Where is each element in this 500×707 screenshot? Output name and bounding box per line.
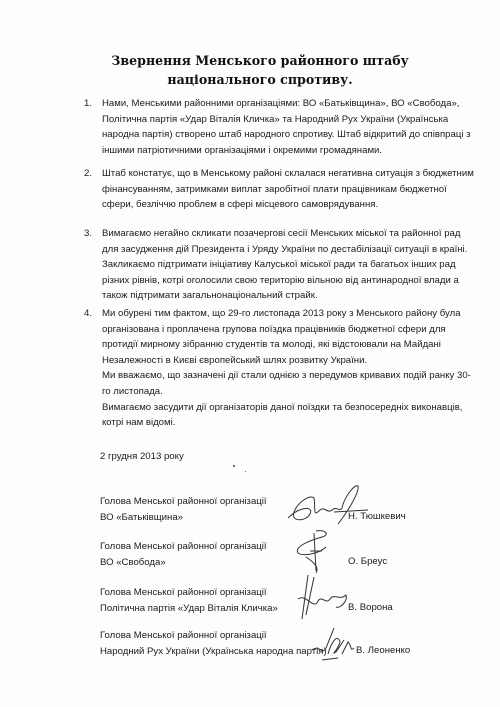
list-number: 1. [84, 96, 98, 112]
signer-name: В. Леоненко [356, 643, 410, 659]
item-paragraph: Нами, Менськими районними організаціями:… [102, 96, 474, 158]
signer-name: В. Ворона [348, 600, 393, 616]
handwritten-signature-icon [292, 571, 354, 623]
signature-block-2: Голова Менської районної організації ВО … [100, 539, 480, 573]
list-item-1: 1. Нами, Менськими районними організація… [84, 96, 474, 158]
document-title: Звернення Менського районного штабу наці… [60, 51, 460, 89]
item-paragraph: Ми вважаємо, що зазначені дії стали одні… [102, 368, 474, 399]
signer-name: О. Бреус [348, 554, 387, 570]
signature-block-1: Голова Менської районної організації ВО … [100, 494, 480, 528]
signer-name: Н. Тюшкевич [348, 509, 406, 525]
scanned-document-page: Звернення Менського районного штабу наці… [0, 0, 500, 707]
list-number: 4. [84, 306, 98, 322]
list-item-3: 3. Вимагаємо негайно скликати позачергов… [84, 226, 474, 304]
document-date: 2 грудня 2013 року [100, 451, 184, 462]
list-item-4: 4. Ми обурені тим фактом, що 29-го листо… [84, 306, 474, 431]
list-number: 3. [84, 226, 98, 242]
list-number: 2. [84, 166, 98, 182]
scan-speck [233, 465, 235, 467]
handwritten-signature-icon [308, 624, 358, 664]
signature-block-3: Голова Менської районної організації Пол… [100, 585, 480, 619]
item-paragraph: Вимагаємо засудити дії організаторів дан… [102, 400, 474, 431]
item-paragraph: Штаб констатує, що в Менському районі ск… [102, 166, 474, 213]
signature-block-4: Голова Менської районної організації Нар… [100, 628, 480, 662]
list-item-2: 2. Штаб констатує, що в Менському районі… [84, 166, 474, 213]
item-paragraph: Ми обурені тим фактом, що 29-го листопад… [102, 306, 474, 368]
handwritten-signature-icon [286, 527, 346, 577]
item-paragraph: Вимагаємо негайно скликати позачергові с… [102, 226, 474, 304]
scan-speck [245, 471, 246, 472]
